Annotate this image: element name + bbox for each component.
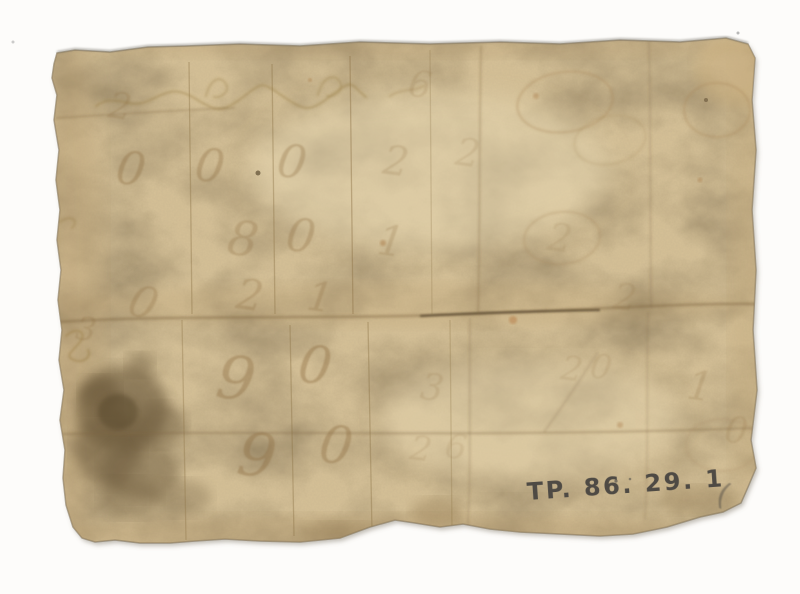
scanner-background: 260002280120212390320190260( TP. 86. 29.…: [0, 0, 800, 594]
aged-paper-artwork: [0, 0, 800, 594]
stain-dark-core: [98, 394, 138, 430]
